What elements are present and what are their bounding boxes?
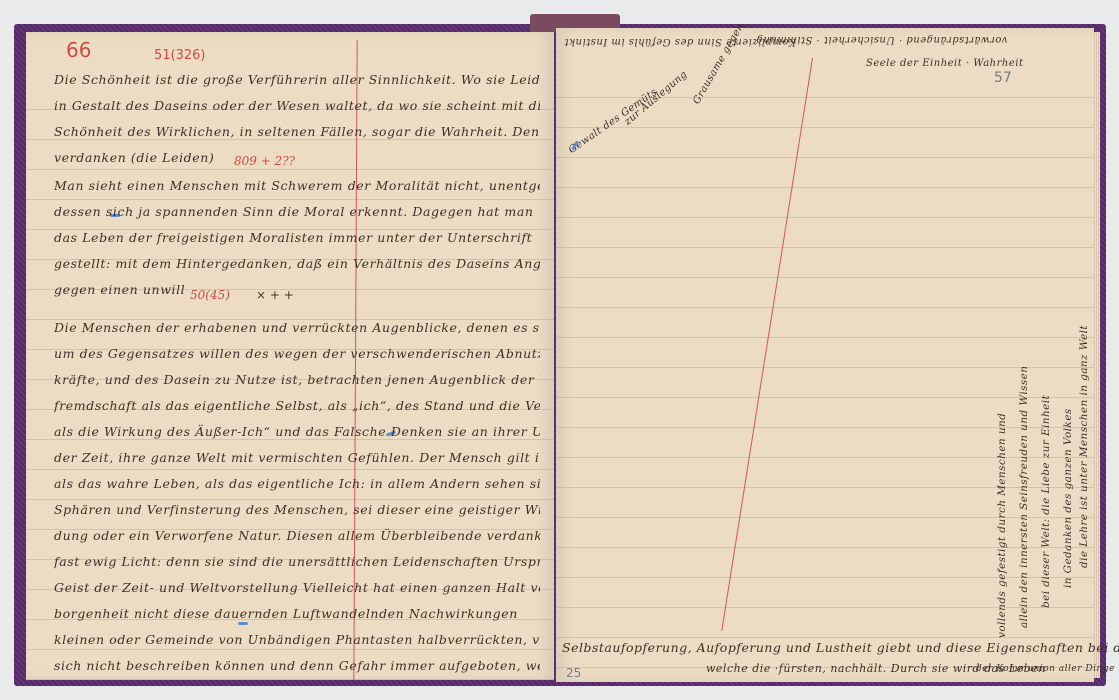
manuscript-line: Geist der Zeit- und Weltvorstellung Viel… [54,580,540,602]
manuscript-line: dung oder ein Verworfene Natur. Diesen a… [54,528,540,550]
manuscript-line: Die Menschen der erhabenen und verrückte… [54,320,540,342]
manuscript-line: sich nicht beschreiben können und denn G… [54,658,540,680]
manuscript-line: in Gestalt des Daseins oder der Wesen wa… [54,98,540,120]
manuscript-line: als die Wirkung des Äußer-Ich“ und das F… [54,424,540,446]
page-reference: 51(326) [154,48,206,63]
red-annotation: 50(45) [190,288,230,302]
right-page: 57 25 Komplizierte Sinn des Gefühls im I… [556,28,1094,682]
cross-marks: × + + [256,288,294,302]
manuscript-line: Man sieht einen Menschen mit Schwerem de… [54,178,540,200]
footer-number: 25 [566,666,581,680]
manuscript-line: gegen einen unwillkommenen Eindruck sei. [54,282,184,304]
manuscript-line: verdanken (die Leiden) Dichter – [54,150,214,172]
manuscript-line: der Zeit, ihre ganze Welt mit vermischte… [54,450,540,472]
vertical-note: vollends gefestigt durch Menschen und [996,413,1008,638]
folio-number: 66 [66,38,91,62]
manuscript-line: das Leben der freigeistigen Moralisten i… [54,230,540,252]
manuscript-line: kräfte, und des Dasein zu Nutze ist, bet… [54,372,540,394]
manuscript-line: kleinen oder Gemeinde von Unbändigen Pha… [54,632,540,654]
manuscript-line: fast ewig Licht: denn sie sind die uners… [54,554,540,576]
vertical-note: bei dieser Welt: die Liebe zur Einheit [1040,395,1052,608]
manuscript-line: Selbstaufopferung, Aufopferung und Lusth… [562,640,1119,655]
manuscript-line: borgenheit nicht diese dauernden Luftwan… [54,606,540,628]
manuscript-line: Sphären und Verfinsterung des Menschen, … [54,502,540,524]
page-number: 57 [994,70,1012,86]
bottom-annotation: der Kommunion aller Dinge [976,664,1115,674]
page-edge [1094,32,1100,678]
vertical-note: die Lehre ist unter Menschen in ganz Wel… [1078,325,1090,568]
manuscript-line: Die Schönheit ist die große Verführerin … [54,72,540,94]
ruled-lines [556,68,1094,682]
manuscript-line: gestellt: mit dem Hintergedanken, daß ei… [54,256,540,278]
top-note: vorwärtsdrängend · Unsicherheit · Stimmu… [756,34,1008,45]
manuscript-line: als das wahre Leben, als das eigentliche… [54,476,540,498]
manuscript-line: Schönheit des Wirklichen, in seltenen Fä… [54,124,540,146]
vertical-note: allein den innersten Seinsfreuden und Wi… [1018,366,1030,628]
red-annotation: 809 + 2?? [234,154,295,168]
left-page: 66 51(326) 809 + 2?? 50(45) × + + Die Sc… [26,32,554,680]
vertical-note: in Gedanken des ganzen Volkes [1062,408,1074,588]
manuscript-line: fremdschaft als das eigentliche Selbst, … [54,398,540,420]
manuscript-line: um des Gegensatzes willen des wegen der … [54,346,540,368]
top-note: Seele der Einheit · Wahrheit [866,58,1023,69]
manuscript-line: dessen sich ja spannenden Sinn die Moral… [54,204,540,226]
